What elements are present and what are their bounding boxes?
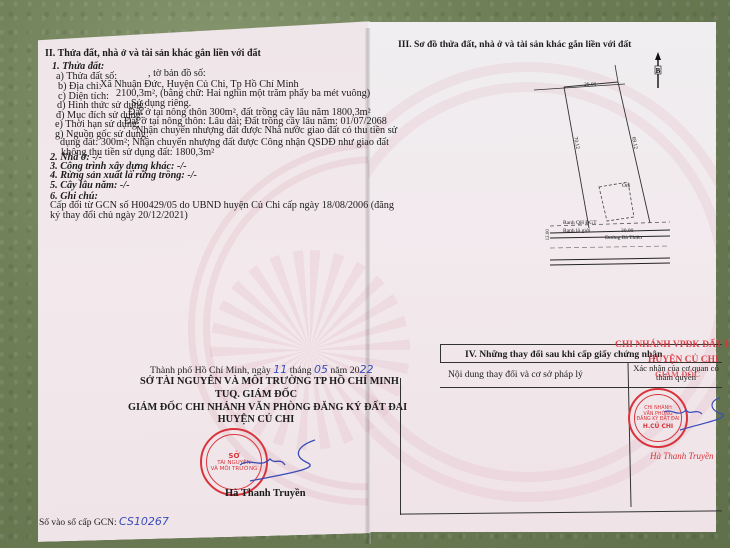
notes-line2: ký thay đổi chủ ngày 20/12/2021)	[50, 210, 188, 221]
origin-value-line1: Nhận chuyển nhượng đất được Nhà nước gia…	[136, 125, 397, 136]
section-ii-title: II. Thửa đất, nhà ở và tài sản khác gắn …	[45, 48, 261, 59]
signature-blue	[230, 435, 340, 485]
red-stamp-line2: HUYỆN CỦ CHI	[648, 355, 719, 365]
section-iv-title: IV. Những thay đổi sau khi cấp giấy chứn…	[465, 350, 662, 361]
issuer-line4: HUYỆN CỦ CHI	[140, 414, 372, 425]
page-fold	[365, 28, 371, 544]
issuer-line3: GIÁM ĐỐC CHI NHÁNH VĂN PHÒNG ĐĂNG KÝ ĐẤT…	[128, 402, 378, 413]
signature-blue-right	[660, 390, 730, 440]
table-subheader-divider	[440, 387, 722, 388]
table-left-border-top	[440, 344, 441, 362]
top-edge-length: 29.99	[584, 82, 596, 88]
planning-boundary-label: Ranh QH ĐGT	[563, 220, 597, 226]
issuer-line1: SỞ TÀI NGUYÊN VÀ MÔI TRƯỜNG TP HỒ CHÍ MI…	[140, 376, 372, 387]
red-signer-name: Hà Thanh Truyền	[650, 452, 714, 462]
road-width-label: 12.00	[546, 229, 552, 240]
perennial-label: 5. Cây lâu năm: -/-	[50, 180, 130, 191]
road-boundary-label: Ranh lộ giới	[563, 228, 590, 234]
map-sheet-label: , tờ bản đồ số:	[148, 68, 206, 79]
col-content-header: Nội dung thay đổi và cơ sở pháp lý	[448, 370, 583, 381]
red-stamp-line3: GIÁM ĐỐC	[655, 370, 700, 379]
svg-text:B: B	[656, 67, 661, 75]
register-no: Số vào sổ cấp GCN: CS10267	[39, 516, 169, 528]
building-label: Oni	[622, 183, 630, 189]
section-iii-title: III. Sơ đồ thửa đất, nhà ở và tài sản kh…	[398, 40, 631, 51]
table-left-border	[400, 378, 401, 515]
bottom-edge-length: 30.00	[621, 228, 633, 234]
road-name: Đường Bà Thiên	[605, 235, 642, 241]
signer-name: Hà Thanh Truyền	[225, 488, 306, 500]
red-stamp-line1: CHI NHÁNH VPĐK ĐẤT ĐAI	[615, 340, 730, 350]
issue-date: Thành phố Hồ Chí Minh, ngày 11 tháng 05 …	[150, 364, 374, 377]
issuer-line2: TUQ. GIÁM ĐỐC	[140, 389, 372, 400]
